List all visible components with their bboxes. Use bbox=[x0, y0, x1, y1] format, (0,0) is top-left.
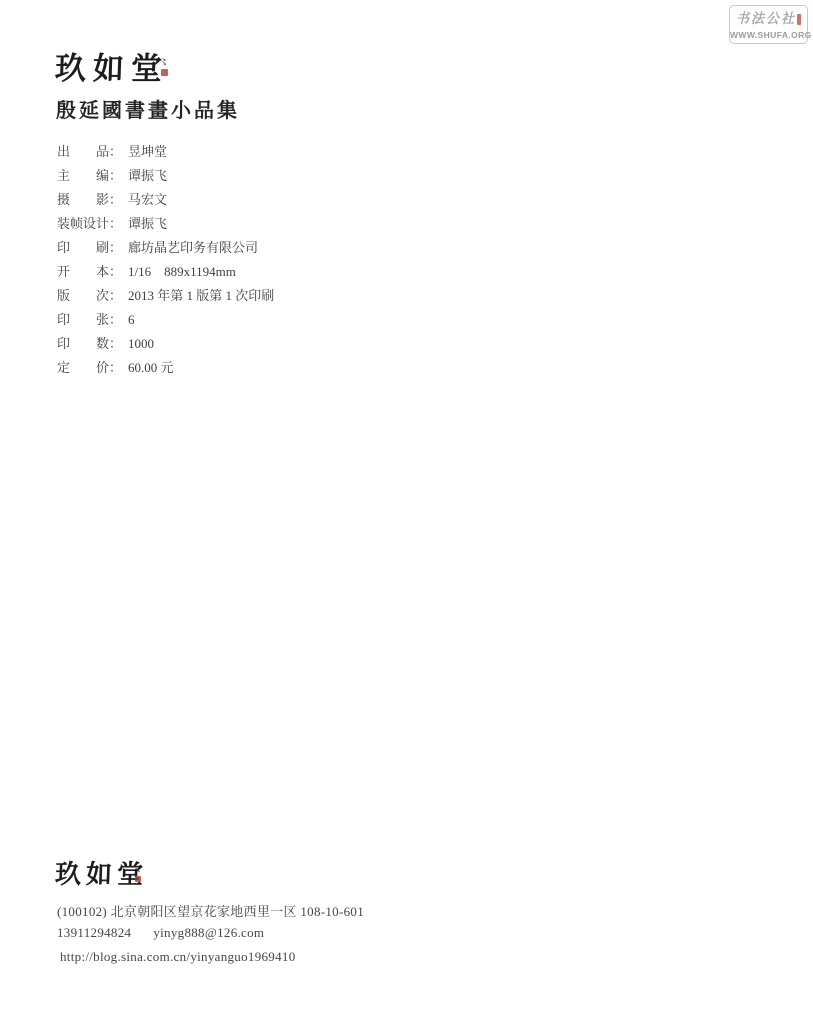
colophon-colon: ： bbox=[109, 140, 122, 164]
red-seal-icon bbox=[161, 69, 168, 76]
colophon-list: 出品：昱坤堂 主编：谭振飞 摄影：马宏文 装帧设计：谭振飞 印刷：廊坊晶艺印务有… bbox=[57, 140, 274, 380]
colophon-page: 书法公社 WWW.SHUFA.ORG 玖如堂 〻 殷延國書畫小品集 出品：昱坤堂… bbox=[0, 0, 813, 1021]
colophon-value: 2013 年第 1 版第 1 次印刷 bbox=[128, 284, 274, 308]
colophon-label: 印数 bbox=[57, 332, 109, 356]
colophon-colon: ： bbox=[109, 308, 122, 332]
colophon-value: 谭振飞 bbox=[128, 164, 167, 188]
colophon-row-design: 装帧设计：谭振飞 bbox=[57, 212, 274, 236]
blog-url: http://blog.sina.com.cn/yinyanguo1969410 bbox=[60, 949, 296, 965]
colophon-value: 6 bbox=[128, 308, 135, 332]
red-seal-icon bbox=[135, 876, 141, 882]
colophon-row-printer: 印刷：廊坊晶艺印务有限公司 bbox=[57, 236, 274, 260]
colophon-label: 开本 bbox=[57, 260, 109, 284]
colophon-row-price: 定价：60.00 元 bbox=[57, 356, 274, 380]
email-address: yinyg888@126.com bbox=[153, 925, 264, 940]
colophon-label: 版次 bbox=[57, 284, 109, 308]
colophon-row-format: 开本：1/16 889x1194mm bbox=[57, 260, 274, 284]
signature-mark-icon: 〻 bbox=[133, 866, 143, 874]
colophon-row-edition: 版次：2013 年第 1 版第 1 次印刷 bbox=[57, 284, 274, 308]
colophon-row-chief-editor: 主编：谭振飞 bbox=[57, 164, 274, 188]
colophon-row-publisher: 出品：昱坤堂 bbox=[57, 140, 274, 164]
colophon-colon: ： bbox=[109, 164, 122, 188]
colophon-value: 马宏文 bbox=[128, 188, 167, 212]
book-title: 殷延國書畫小品集 bbox=[56, 94, 240, 123]
colophon-colon: ： bbox=[109, 188, 122, 212]
colophon-label: 印张 bbox=[57, 308, 109, 332]
colophon-colon: ： bbox=[109, 236, 122, 260]
colophon-value: 60.00 元 bbox=[128, 356, 174, 380]
signature-mark-icon: 〻 bbox=[158, 58, 170, 67]
contact-line: 13911294824yinyg888@126.com bbox=[57, 925, 264, 941]
watermark-title-row: 书法公社 bbox=[730, 9, 807, 29]
colophon-row-sheets: 印张：6 bbox=[57, 308, 274, 332]
watermark-site-url: WWW.SHUFA.ORG bbox=[730, 29, 807, 41]
colophon-colon: ： bbox=[109, 260, 122, 284]
watermark-site-name: 书法公社 bbox=[736, 9, 796, 30]
studio-address: (100102) 北京朝阳区望京花家地西里一区 108-10-601 bbox=[57, 901, 364, 920]
watermark-seal-icon bbox=[797, 14, 801, 25]
colophon-value: 廊坊晶艺印务有限公司 bbox=[128, 236, 258, 260]
colophon-value: 谭振飞 bbox=[128, 212, 167, 236]
colophon-colon: ： bbox=[109, 356, 122, 380]
colophon-colon: ： bbox=[109, 284, 122, 308]
colophon-label: 定价 bbox=[57, 356, 109, 380]
colophon-colon: ： bbox=[109, 332, 122, 356]
colophon-value: 1000 bbox=[128, 332, 154, 356]
studio-logo-seal: 〻 bbox=[158, 58, 170, 76]
colophon-label: 印刷 bbox=[57, 236, 109, 260]
colophon-row-photography: 摄影：马宏文 bbox=[57, 188, 274, 212]
shufa-watermark-stamp: 书法公社 WWW.SHUFA.ORG bbox=[729, 5, 808, 44]
colophon-label: 装帧设计 bbox=[57, 212, 109, 236]
studio-logo-seal-footer: 〻 bbox=[133, 866, 143, 882]
colophon-label: 出品 bbox=[57, 140, 109, 164]
phone-number: 13911294824 bbox=[57, 925, 131, 940]
colophon-value: 1/16 889x1194mm bbox=[128, 260, 236, 284]
colophon-label: 摄影 bbox=[57, 188, 109, 212]
colophon-row-print-run: 印数：1000 bbox=[57, 332, 274, 356]
studio-logo-calligraphy: 玖如堂 bbox=[54, 50, 169, 88]
colophon-value: 昱坤堂 bbox=[128, 140, 167, 164]
colophon-colon: ： bbox=[109, 212, 122, 236]
colophon-label: 主编 bbox=[57, 164, 109, 188]
